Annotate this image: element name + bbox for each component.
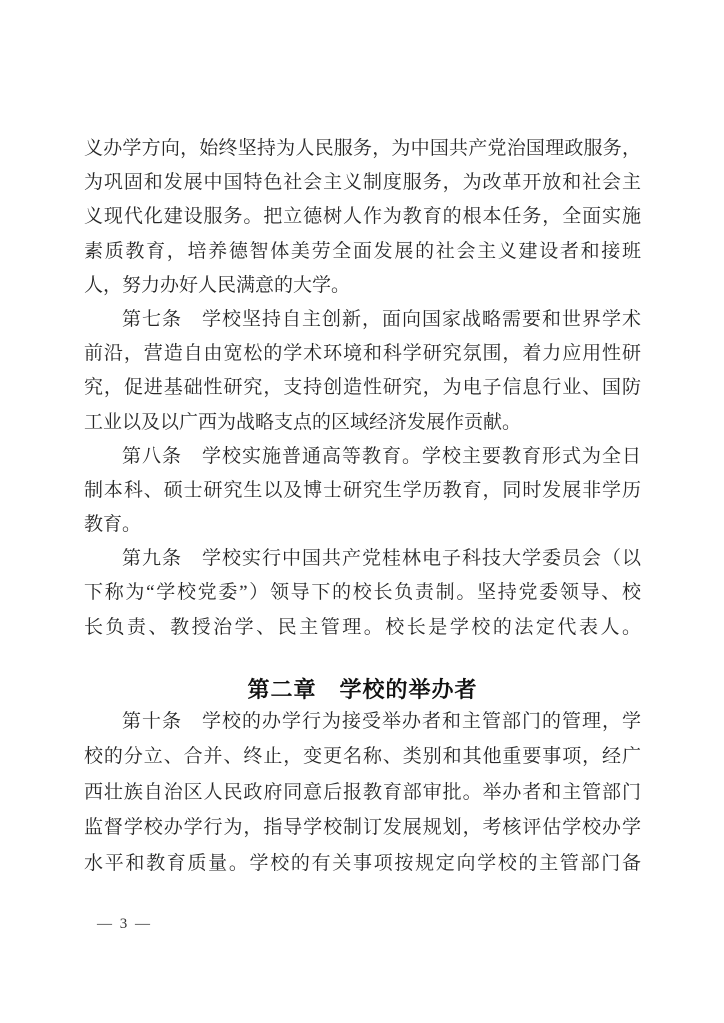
text-line: 第七条 学校坚持自主创新，面向国家战略需要和世界学术 xyxy=(84,303,641,337)
text-line: 素质教育，培养德智体美劳全面发展的社会主义建设者和接班 xyxy=(84,235,641,269)
paragraph: 第八条 学校实施普通高等教育。学校主要教育形式为全日制本科、硕士研究生以及博士研… xyxy=(84,440,641,543)
text-line: 前沿，营造自由宽松的学术环境和科学研究氛围，着力应用性研 xyxy=(84,337,641,371)
text-line: 校的分立、合并、终止，变更名称、类别和其他重要事项，经广 xyxy=(84,739,641,775)
text-line: 西壮族自治区人民政府同意后报教育部审批。举办者和主管部门 xyxy=(84,775,641,811)
text-line: 义现代化建设服务。把立德树人作为教育的根本任务，全面实施 xyxy=(84,200,641,234)
text-line: 为巩固和发展中国特色社会主义制度服务，为改革开放和社会主 xyxy=(84,166,641,200)
text-line: 水平和教育质量。学校的有关事项按规定向学校的主管部门备 xyxy=(84,846,641,882)
paragraph: 第七条 学校坚持自主创新，面向国家战略需要和世界学术前沿，营造自由宽松的学术环境… xyxy=(84,303,641,440)
text-line: 长负责、教授治学、民主管理。校长是学校的法定代表人。 xyxy=(84,611,641,645)
text-line: 人，努力办好人民满意的大学。 xyxy=(84,269,641,303)
text-line: 义办学方向，始终坚持为人民服务，为中国共产党治国理政服务， xyxy=(84,132,641,166)
paragraph: 义办学方向，始终坚持为人民服务，为中国共产党治国理政服务，为巩固和发展中国特色社… xyxy=(84,132,641,303)
text-line: 制本科、硕士研究生以及博士研究生学历教育，同时发展非学历 xyxy=(84,474,641,508)
text-line: 工业以及以广西为战略支点的区域经济发展作贡献。 xyxy=(84,406,641,440)
paragraph: 第九条 学校实行中国共产党桂林电子科技大学委员会（以下称为“学校党委”）领导下的… xyxy=(84,542,641,645)
document-page: 义办学方向，始终坚持为人民服务，为中国共产党治国理政服务，为巩固和发展中国特色社… xyxy=(0,0,724,1023)
text-line: 究，促进基础性研究，支持创造性研究，为电子信息行业、国防 xyxy=(84,371,641,405)
text-line: 第八条 学校实施普通高等教育。学校主要教育形式为全日 xyxy=(84,440,641,474)
text-line: 第九条 学校实行中国共产党桂林电子科技大学委员会（以 xyxy=(84,542,641,576)
chapter-heading: 第二章 学校的举办者 xyxy=(84,676,641,704)
text-line: 第十条 学校的办学行为接受举办者和主管部门的管理，学 xyxy=(84,704,641,740)
page-number: — 3 — xyxy=(97,915,152,933)
paragraph: 第十条 学校的办学行为接受举办者和主管部门的管理，学校的分立、合并、终止，变更名… xyxy=(84,704,641,882)
text-line: 下称为“学校党委”）领导下的校长负责制。坚持党委领导、校 xyxy=(84,576,641,610)
text-line: 教育。 xyxy=(84,508,641,542)
text-line: 监督学校办学行为，指导学校制订发展规划，考核评估学校办学 xyxy=(84,810,641,846)
document-body: 义办学方向，始终坚持为人民服务，为中国共产党治国理政服务，为巩固和发展中国特色社… xyxy=(84,132,641,881)
